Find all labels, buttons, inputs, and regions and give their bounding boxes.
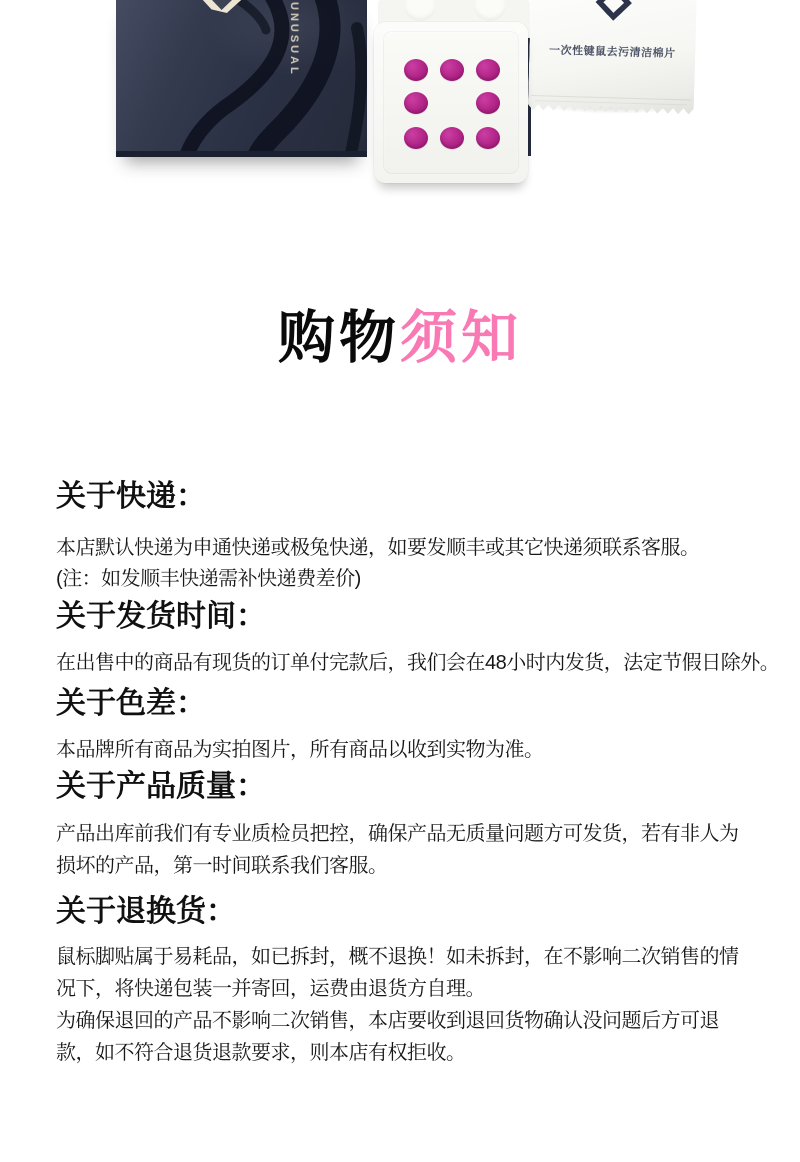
page-title: 购物须知	[0, 306, 800, 370]
section-paragraph: (注：如发顺丰快递需补快递费差价)	[56, 563, 800, 595]
product-box-photo: UNUSUAL	[116, 0, 367, 157]
skates-tray-photo	[374, 22, 528, 183]
section-paragraph: 鼠标脚贴属于易耗品，如已拆封，概不退换！如未拆封，在不影响二次销售的情况下，将快…	[56, 941, 746, 1005]
packet-crease	[535, 100, 688, 105]
brand-logo-icon	[594, 0, 633, 27]
card-dimple	[404, 0, 436, 21]
packet-label: 一次性键鼠去污清洁棉片	[529, 41, 695, 62]
section-heading-returns: 关于退换货：	[56, 893, 236, 931]
packet-crease	[531, 95, 690, 100]
section-paragraph: 本店默认快递为申通快递或极兔快递，如要发顺丰或其它快递须联系客服。	[56, 532, 800, 564]
card-dimple	[474, 0, 506, 21]
skate-dot	[404, 92, 428, 114]
brush-strokes-graphic	[116, 0, 367, 151]
section-heading-color-difference: 关于色差：	[56, 685, 206, 723]
skate-dot	[476, 59, 500, 81]
skate-dot	[404, 59, 428, 81]
box-brand-text: UNUSUAL	[288, 2, 300, 102]
section-paragraph: 在出售中的商品有现货的订单付完款后，我们会在48小时内发货，法定节假日除外。	[56, 647, 800, 679]
skate-dot	[440, 59, 464, 81]
section-paragraph: 本品牌所有商品为实拍图片，所有商品以收到实物为准。	[56, 734, 800, 766]
skate-dot	[404, 127, 428, 149]
section-heading-dispatch-time: 关于发货时间：	[56, 598, 266, 636]
section-paragraph: 为确保退回的产品不影响二次销售，本店要收到退回货物确认没问题后方可退款，如不符合…	[56, 1005, 746, 1069]
title-pink-part: 须知	[400, 306, 522, 370]
section-heading-shipping: 关于快递：	[56, 478, 206, 516]
skate-dot	[476, 127, 500, 149]
section-paragraph: 产品出库前我们有专业质检员把控，确保产品无质量问题方可发货，若有非人为损坏的产品…	[56, 818, 746, 882]
skate-dot	[440, 127, 464, 149]
title-black-part: 购物	[278, 306, 400, 370]
section-heading-product-quality: 关于产品质量：	[56, 768, 266, 806]
skate-dot	[476, 92, 500, 114]
product-photo-strip: UNUSUAL 一次性键鼠去污清洁棉片	[0, 0, 800, 196]
wipe-packet-photo: 一次性键鼠去污清洁棉片	[528, 0, 697, 115]
